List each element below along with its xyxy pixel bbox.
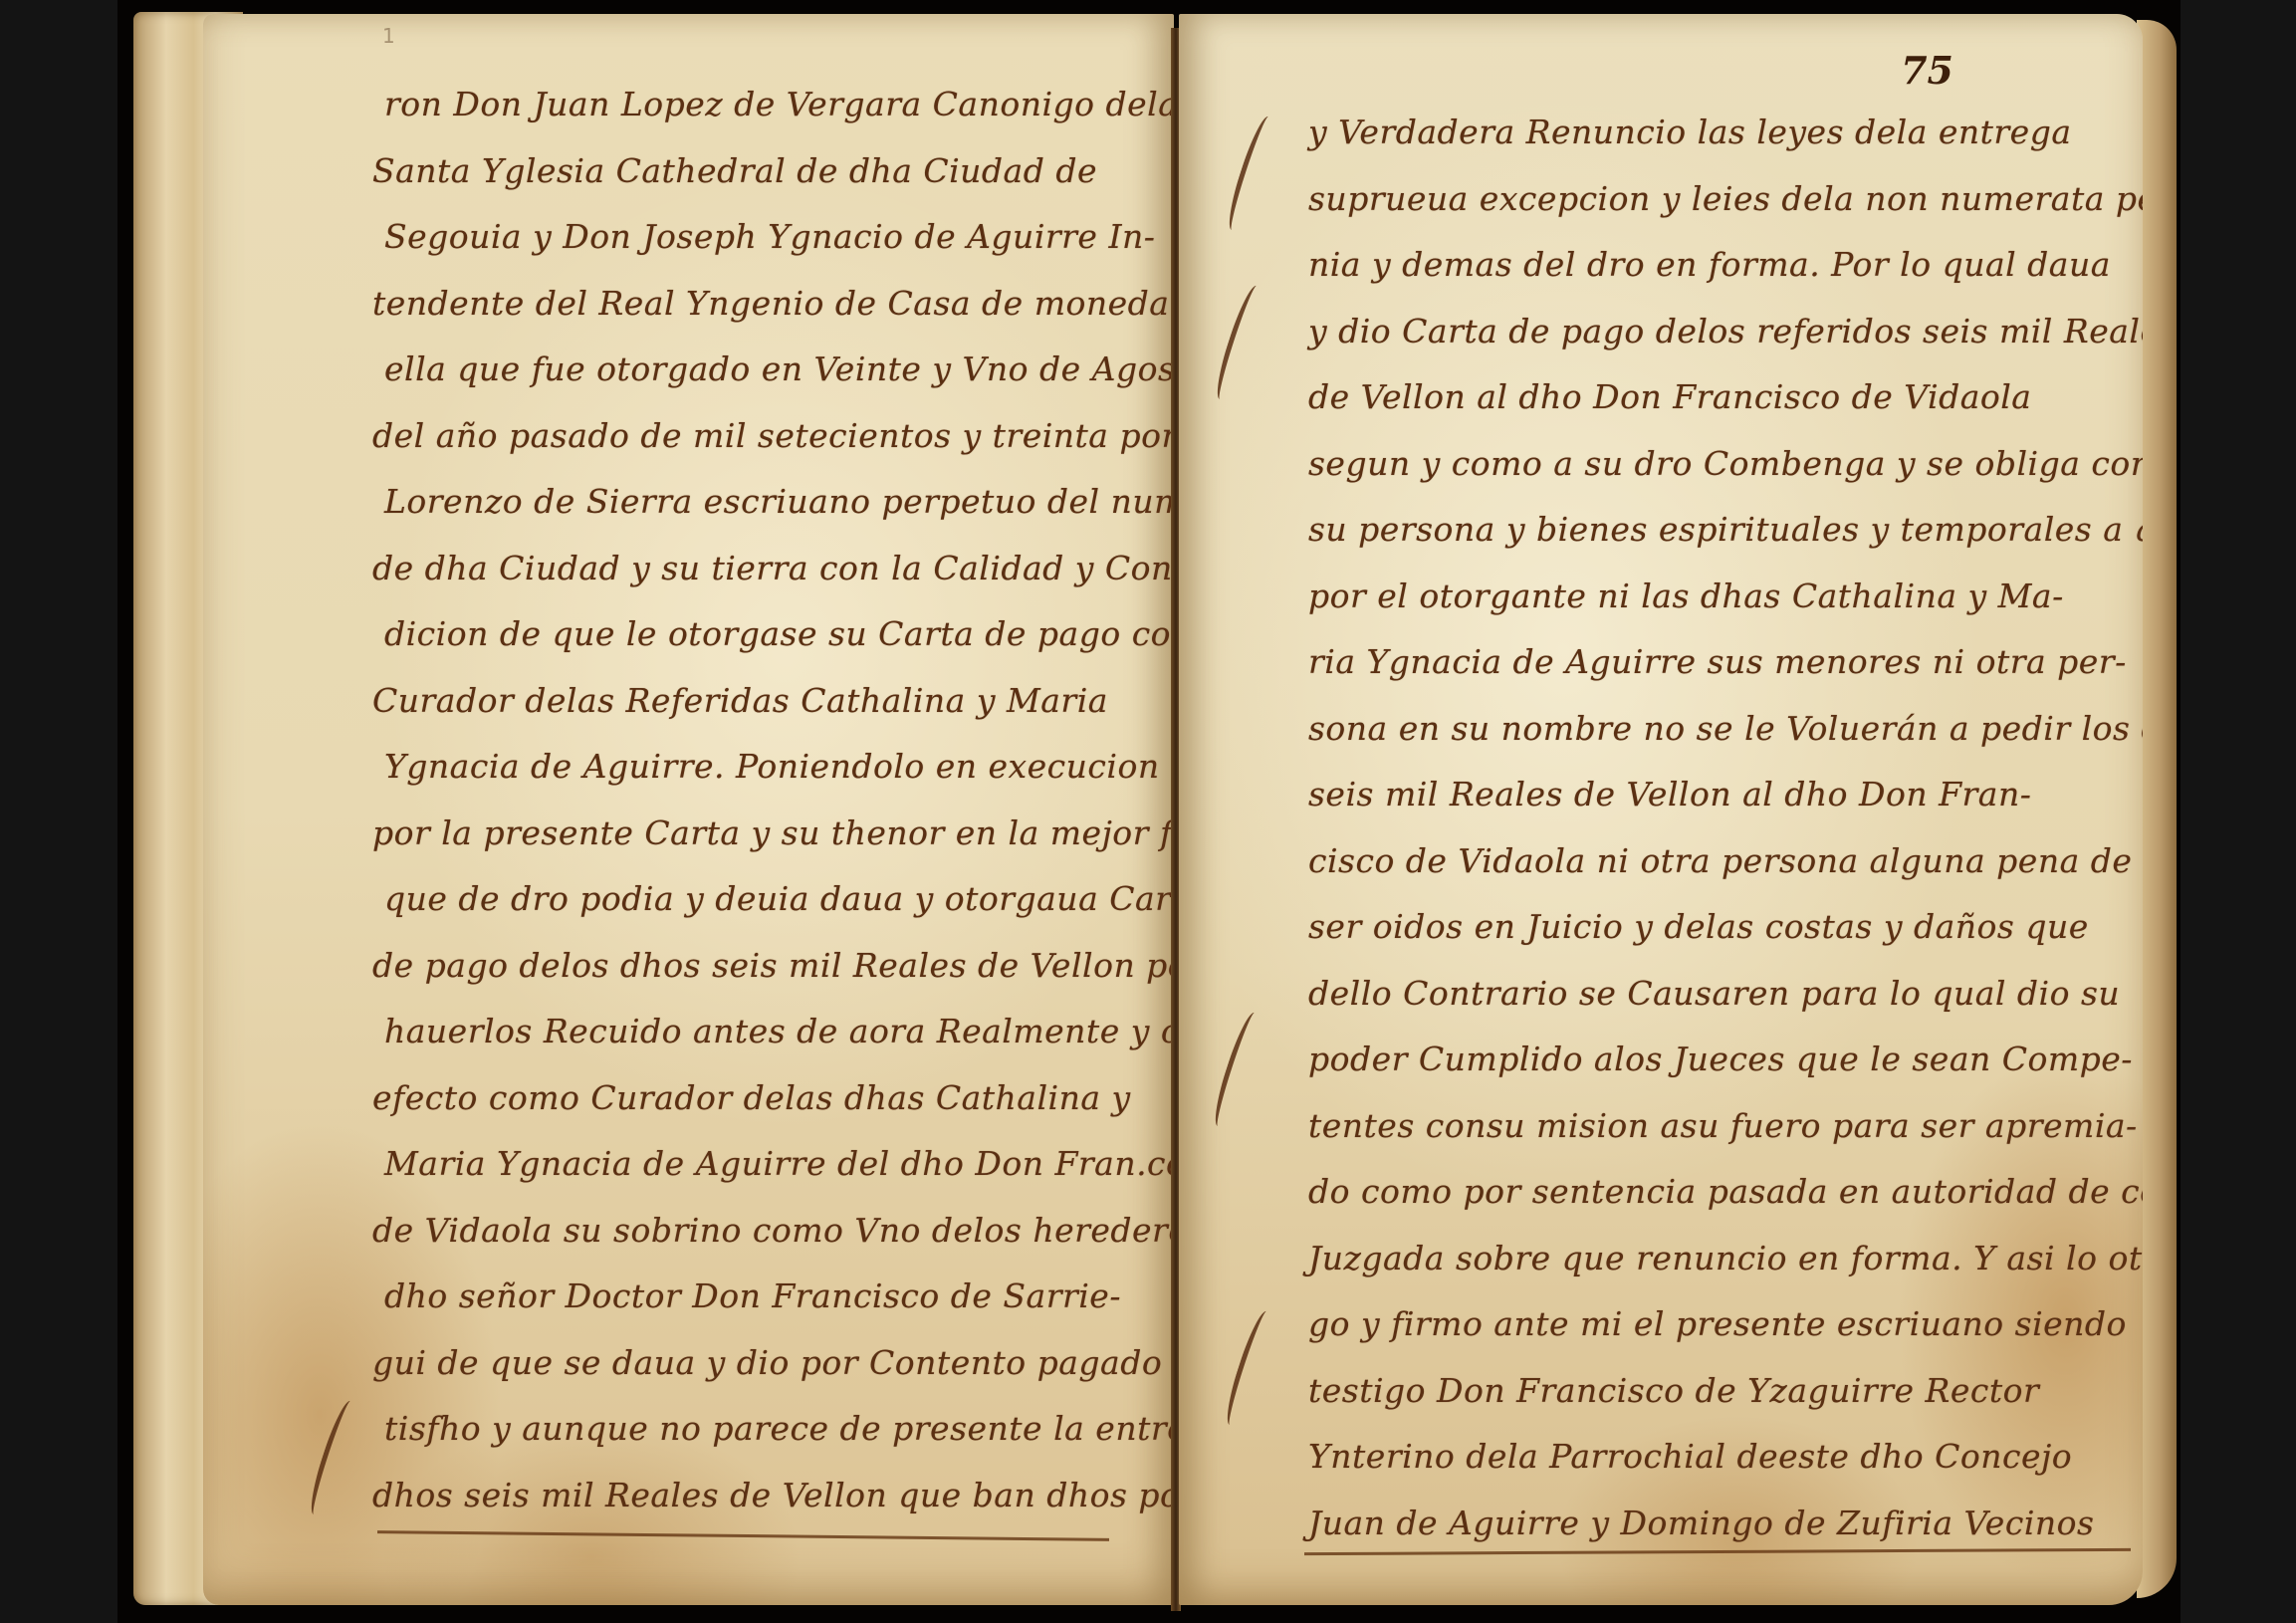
manuscript-line: do como por sentencia pasada en autorida… bbox=[1298, 1159, 2095, 1226]
manuscript-line: tentes consu mision asu fuero para ser a… bbox=[1298, 1093, 2095, 1160]
ink-flourish bbox=[1211, 283, 1265, 402]
manuscript-line: dello Contrario se Causaren para lo qual… bbox=[1298, 961, 2095, 1028]
manuscript-line: seis mil Reales de Vellon al dho Don Fra… bbox=[1298, 762, 2095, 828]
ink-flourish bbox=[1209, 1010, 1263, 1129]
pencil-mark: 1 bbox=[382, 24, 395, 48]
manuscript-line: hauerlos Recuido antes de aora Realmente… bbox=[372, 999, 1149, 1065]
left-page: 1 ron Don Juan Lopez de Vergara Canonigo… bbox=[203, 14, 1174, 1605]
manuscript-line: de Vidaola su sobrino como Vno delos her… bbox=[372, 1198, 1149, 1265]
manuscript-line: dhos seis mil Reales de Vellon que ban d… bbox=[372, 1463, 1149, 1529]
right-page: 75 y Verdadera Renuncio las leyes dela e… bbox=[1179, 14, 2143, 1605]
manuscript-line: Segouia y Don Joseph Ygnacio de Aguirre … bbox=[372, 204, 1149, 271]
manuscript-line: ron Don Juan Lopez de Vergara Canonigo d… bbox=[372, 72, 1149, 138]
manuscript-line: nia y demas del dro en forma. Por lo qua… bbox=[1298, 232, 2095, 299]
folio-number: 75 bbox=[1901, 48, 1953, 93]
manuscript-line: tisfho y aunque no parece de presente la… bbox=[372, 1396, 1149, 1463]
manuscript-line: Ygnacia de Aguirre. Poniendolo en execuc… bbox=[372, 734, 1149, 801]
manuscript-line: sona en su nombre no se le Voluerán a pe… bbox=[1298, 696, 2095, 763]
manuscript-line: y Verdadera Renuncio las leyes dela entr… bbox=[1298, 100, 2095, 166]
manuscript-line: efecto como Curador delas dhas Cathalina… bbox=[372, 1065, 1149, 1132]
manuscript-line: por la presente Carta y su thenor en la … bbox=[372, 801, 1149, 867]
manuscript-line: y dio Carta de pago delos referidos seis… bbox=[1298, 299, 2095, 365]
manuscript-line: que de dro podia y deuia daua y otorgaua… bbox=[372, 866, 1149, 933]
right-page-text: y Verdadera Renuncio las leyes dela entr… bbox=[1298, 100, 2095, 1556]
manuscript-line: ser oidos en Juicio y delas costas y dañ… bbox=[1298, 894, 2095, 961]
manuscript-line: dho señor Doctor Don Francisco de Sarrie… bbox=[372, 1264, 1149, 1330]
manuscript-line: ella que fue otorgado en Veinte y Vno de… bbox=[372, 337, 1149, 403]
ink-flourish bbox=[1221, 1308, 1275, 1428]
manuscript-line: poder Cumplido alos Jueces que le sean C… bbox=[1298, 1027, 2095, 1093]
manuscript-line: go y firmo ante mi el presente escriuano… bbox=[1298, 1291, 2095, 1358]
manuscript-line: Lorenzo de Sierra escriuano perpetuo del… bbox=[372, 469, 1149, 536]
manuscript-line: Juzgada sobre que renuncio en forma. Y a… bbox=[1298, 1226, 2095, 1292]
manuscript-line: suprueua excepcion y leies dela non nume… bbox=[1298, 166, 2095, 233]
manuscript-line: Juan de Aguirre y Domingo de Zufiria Vec… bbox=[1298, 1491, 2095, 1557]
manuscript-line: testigo Don Francisco de Yzaguirre Recto… bbox=[1298, 1358, 2095, 1425]
ink-flourish bbox=[1223, 114, 1277, 233]
left-page-text: ron Don Juan Lopez de Vergara Canonigo d… bbox=[372, 72, 1149, 1528]
page-edges-right bbox=[2137, 20, 2177, 1598]
manuscript-line: segun y como a su dro Combenga y se obli… bbox=[1298, 431, 2095, 498]
manuscript-line: ria Ygnacia de Aguirre sus menores ni ot… bbox=[1298, 629, 2095, 696]
manuscript-line: Ynterino dela Parrochial deeste dho Conc… bbox=[1298, 1424, 2095, 1491]
manuscript-line: cisco de Vidaola ni otra persona alguna … bbox=[1298, 828, 2095, 895]
manuscript-line: de dha Ciudad y su tierra con la Calidad… bbox=[372, 536, 1149, 602]
manuscript-line: su persona y bienes espirituales y tempo… bbox=[1298, 497, 2095, 564]
manuscript-line: tendente del Real Yngenio de Casa de mon… bbox=[372, 271, 1149, 338]
manuscript-line: Maria Ygnacia de Aguirre del dho Don Fra… bbox=[372, 1131, 1149, 1198]
ink-flourish bbox=[305, 1398, 359, 1517]
document-viewer: 1 ron Don Juan Lopez de Vergara Canonigo… bbox=[0, 0, 2296, 1623]
open-manuscript-book: 1 ron Don Juan Lopez de Vergara Canonigo… bbox=[117, 0, 2181, 1623]
manuscript-line: Santa Yglesia Cathedral de dha Ciudad de bbox=[372, 138, 1149, 205]
manuscript-line: de pago delos dhos seis mil Reales de Ve… bbox=[372, 933, 1149, 1000]
manuscript-line: por el otorgante ni las dhas Cathalina y… bbox=[1298, 564, 2095, 630]
manuscript-line: de Vellon al dho Don Francisco de Vidaol… bbox=[1298, 364, 2095, 431]
manuscript-line: dicion de que le otorgase su Carta de pa… bbox=[372, 601, 1149, 668]
manuscript-line: gui de que se daua y dio por Contento pa… bbox=[372, 1330, 1149, 1397]
closing-rule-line bbox=[377, 1530, 1109, 1541]
manuscript-line: del año pasado de mil setecientos y trei… bbox=[372, 403, 1149, 470]
manuscript-line: Curador delas Referidas Cathalina y Mari… bbox=[372, 668, 1149, 735]
